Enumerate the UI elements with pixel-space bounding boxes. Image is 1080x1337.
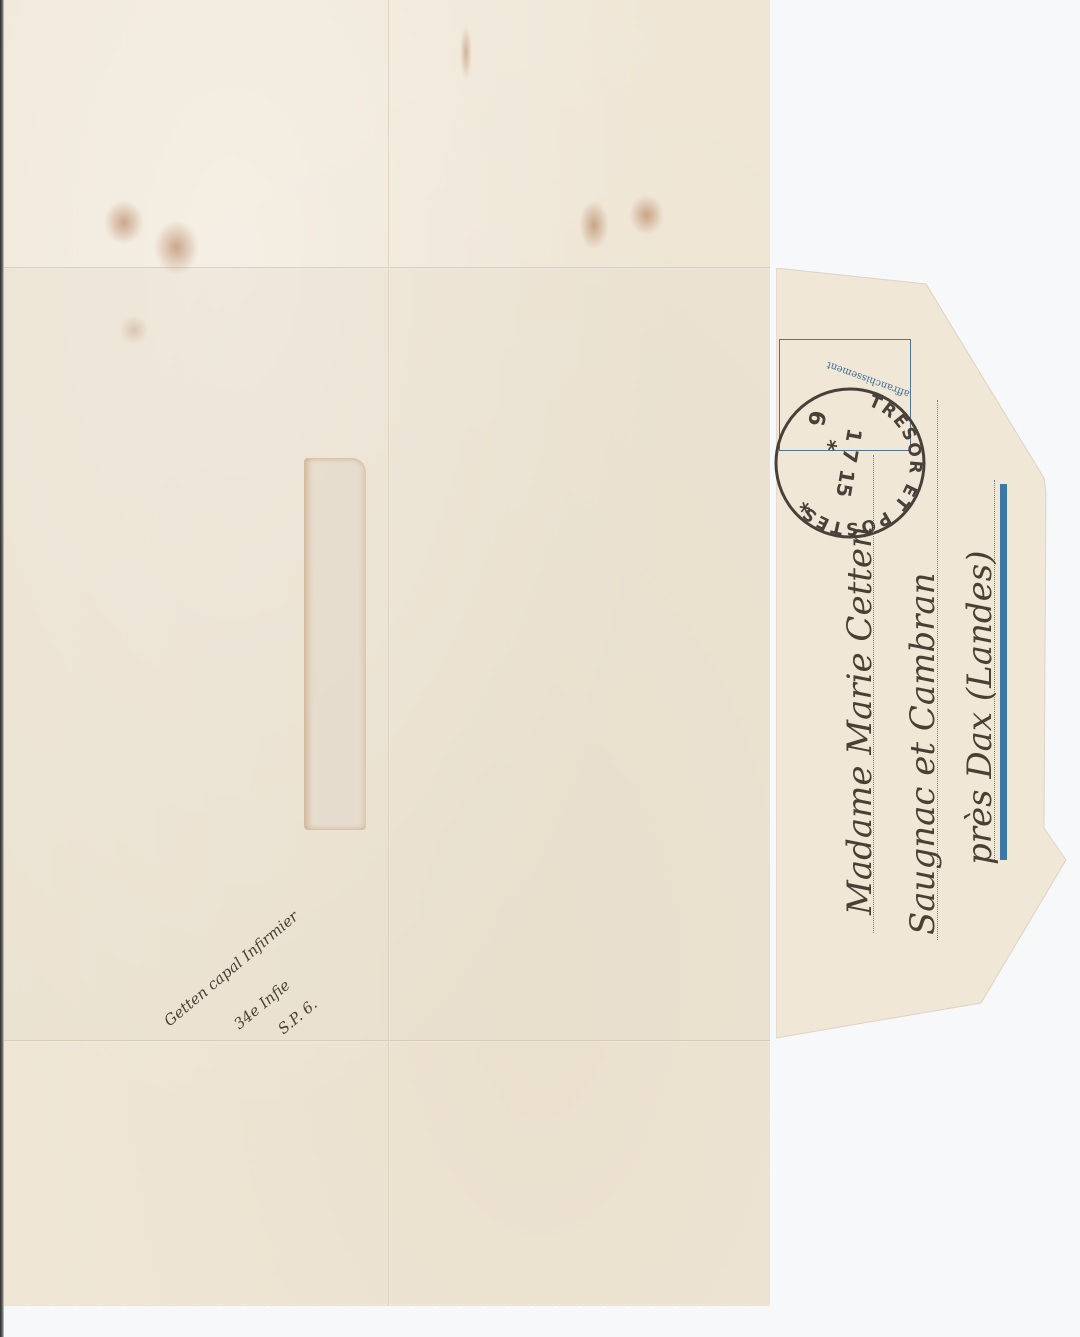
letter-card-sheet: Getten capal Infirmier 34e Infie S.P. 6. — [4, 0, 770, 1306]
postmark-inner-star: * — [814, 437, 841, 453]
postmark-ring-text: TRESOR ET POSTES — [795, 382, 937, 550]
foxing-stain — [104, 200, 144, 245]
fold-crease-top — [4, 267, 770, 269]
postmark-star: * — [787, 499, 814, 515]
address-rule-blue — [1000, 484, 1007, 860]
foxing-stain — [119, 315, 149, 345]
foxing-stain — [154, 220, 199, 275]
foxing-stain — [629, 195, 664, 235]
perforated-edge — [4, 1304, 770, 1310]
address-line-1: Madame Marie Cetten — [840, 526, 880, 915]
postmark-sector-number: 6 — [802, 408, 829, 427]
fold-crease-vertical — [388, 0, 390, 1306]
postmark-date: 1 7 15 — [831, 426, 867, 499]
tape-residue-mark — [304, 458, 366, 830]
address-line-2: Saugnac et Cambran — [903, 572, 943, 935]
middle-panel-shade — [4, 268, 770, 1040]
svg-text:TRESOR ET POSTES: TRESOR ET POSTES — [795, 382, 937, 550]
address-line-3: près Dax (Landes) — [960, 550, 1000, 865]
foxing-stain — [460, 25, 472, 80]
foxing-stain — [579, 200, 609, 250]
fold-crease-bottom — [4, 1040, 770, 1042]
